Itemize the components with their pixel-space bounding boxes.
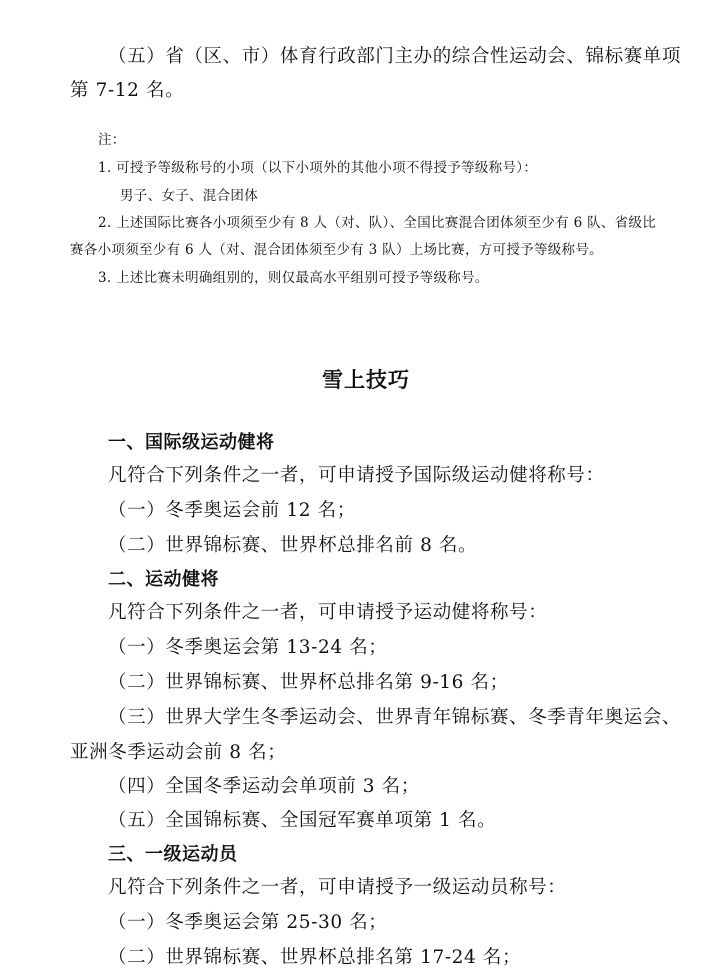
note-2-line-2: 赛各小项须至少有 6 人（对、混合团体须至少有 3 队）上场比赛，方可授予等级称… <box>70 238 603 258</box>
section-2-item-2: （二）世界锦标赛、世界杯总排名第 9-16 名； <box>108 668 509 694</box>
section-heading-3: 三、一级运动员 <box>108 840 238 866</box>
note-1: 1. 可授予等级称号的小项（以下小项外的其他小项不得授予等级称号）： <box>98 156 537 176</box>
section-3-item-1: （一）冬季奥运会第 25-30 名； <box>108 908 387 934</box>
note-1-sub: 男子、女子、混合团体 <box>120 184 258 204</box>
section-1-intro: 凡符合下列条件之一者，可申请授予国际级运动健将称号： <box>108 461 605 487</box>
section-2-intro: 凡符合下列条件之一者，可申请授予运动健将称号： <box>108 598 547 624</box>
paragraph-item-5-line-2: 第 7-12 名。 <box>70 76 184 102</box>
section-3-intro: 凡符合下列条件之一者，可申请授予一级运动员称号： <box>108 873 566 899</box>
section-heading-1: 一、国际级运动健将 <box>108 428 275 454</box>
page-title: 雪上技巧 <box>322 364 410 394</box>
notes-label: 注： <box>98 128 126 148</box>
section-2-item-3-cont: 亚洲冬季运动会前 8 名； <box>70 738 286 764</box>
note-3: 3. 上述比赛未明确组别的，则仅最高水平组别可授予等级称号。 <box>98 266 489 286</box>
section-2-item-1: （一）冬季奥运会第 13-24 名； <box>108 633 387 659</box>
section-heading-2: 二、运动健将 <box>108 565 219 591</box>
section-1-item-2: （二）世界锦标赛、世界杯总排名前 8 名。 <box>108 531 477 557</box>
note-2-line-1: 2. 上述国际比赛各小项须至少有 8 人（对、队）、全国比赛混合团体须至少有 6… <box>98 211 656 231</box>
section-2-item-3: （三）世界大学生冬季运动会、世界青年锦标赛、冬季青年奥运会、 <box>108 703 681 729</box>
paragraph-item-5-line-1: （五）省（区、市）体育行政部门主办的综合性运动会、锦标赛单项 <box>108 42 681 68</box>
section-3-item-2: （二）世界锦标赛、世界杯总排名第 17-24 名； <box>108 943 521 969</box>
section-2-item-5: （五）全国锦标赛、全国冠军赛单项第 1 名。 <box>108 806 496 832</box>
section-1-item-1: （一）冬季奥运会前 12 名； <box>108 496 356 522</box>
section-2-item-4: （四）全国冬季运动会单项前 3 名； <box>108 772 420 798</box>
